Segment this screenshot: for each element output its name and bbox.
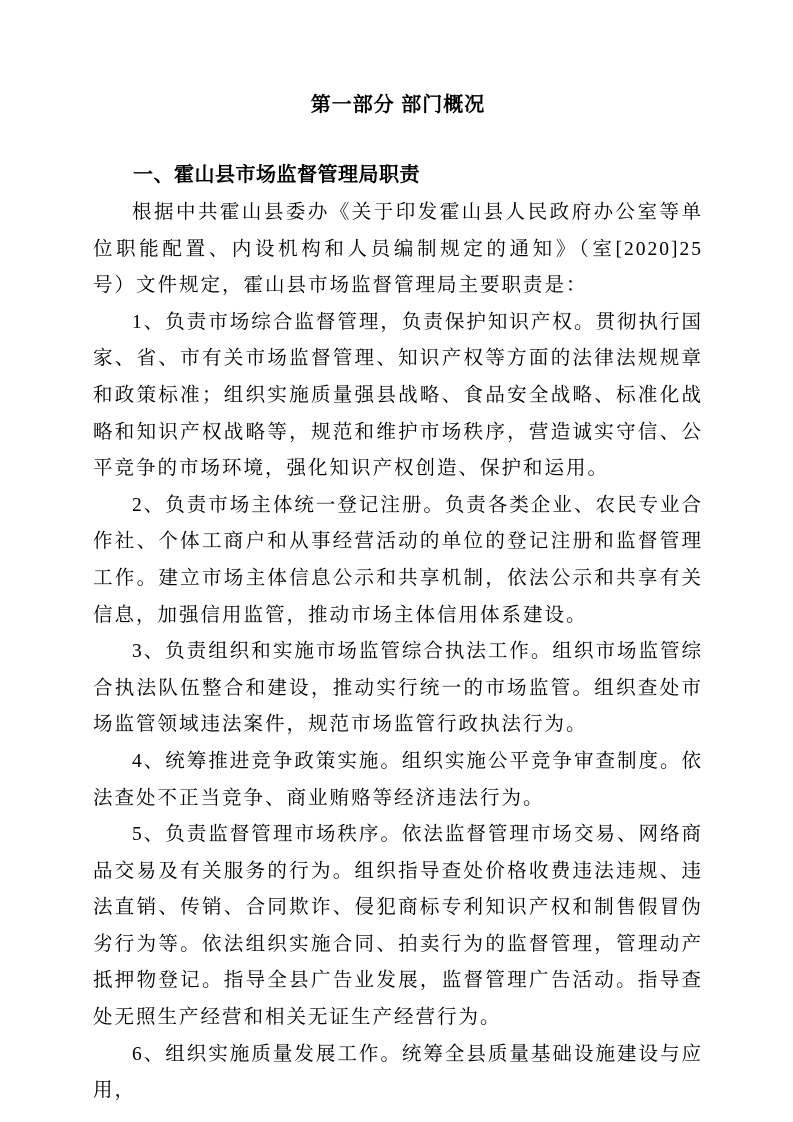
document-title: 第一部分 部门概况 xyxy=(93,93,703,117)
document-page: 第一部分 部门概况 一、霍山县市场监督管理局职责 根据中共霍山县委办《关于印发霍… xyxy=(0,0,793,1122)
paragraph-duty-1: 1、负责市场综合监督管理，负责保护知识产权。贯彻执行国家、省、市有关市场监督管理… xyxy=(93,305,703,488)
section-heading: 一、霍山县市场监督管理局职责 xyxy=(93,163,703,187)
paragraph-duty-2: 2、负责市场主体统一登记注册。负责各类企业、农民专业合作社、个体工商户和从事经营… xyxy=(93,488,703,634)
paragraph-duty-6: 6、组织实施质量发展工作。统筹全县质量基础设施建设与应用， xyxy=(93,1037,703,1110)
paragraph-duty-5: 5、负责监督管理市场秩序。依法监督管理市场交易、网络商品交易及有关服务的行为。组… xyxy=(93,817,703,1037)
paragraph-duty-4: 4、统筹推进竞争政策实施。组织实施公平竞争审查制度。依法查处不正当竞争、商业贿赂… xyxy=(93,744,703,817)
paragraph-intro: 根据中共霍山县委办《关于印发霍山县人民政府办公室等单位职能配置、内设机构和人员编… xyxy=(93,195,703,305)
document-body: 根据中共霍山县委办《关于印发霍山县人民政府办公室等单位职能配置、内设机构和人员编… xyxy=(93,195,703,1110)
paragraph-duty-3: 3、负责组织和实施市场监管综合执法工作。组织市场监管综合执法队伍整合和建设，推动… xyxy=(93,634,703,744)
